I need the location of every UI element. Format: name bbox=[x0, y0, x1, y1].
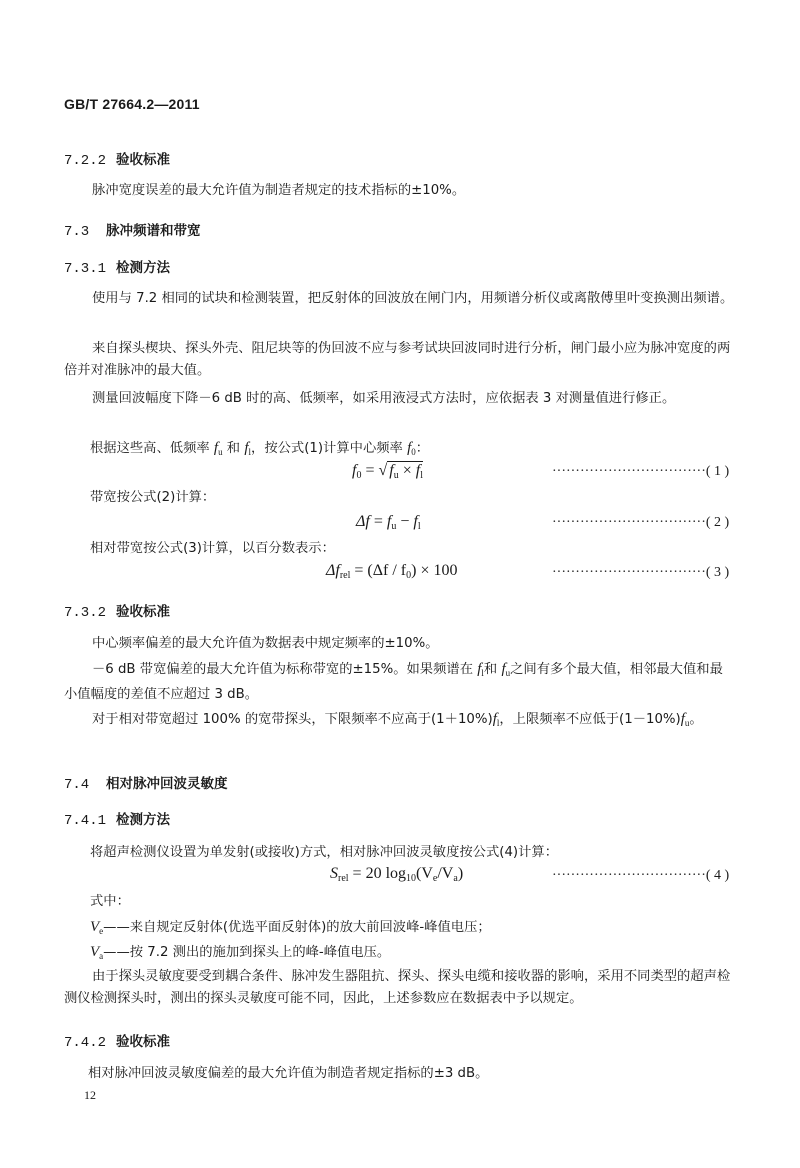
paragraph-center-frequency-tolerance: 中心频率偏差的最大允许值为数据表中规定频率的±10%。 bbox=[64, 633, 734, 655]
heading-7-3-2: 7.3.2验收标准 bbox=[64, 600, 170, 621]
document-page: GB/T 27664.2—2011 7.2.2验收标准 脉冲宽度误差的最大允许值… bbox=[0, 0, 800, 1168]
heading-7-2-2: 7.2.2验收标准 bbox=[64, 148, 170, 169]
paragraph-relative-bandwidth-intro: 相对带宽按公式(3)计算，以百分数表示： bbox=[90, 538, 760, 560]
formula-4-leader: ·································( 4 ) bbox=[552, 868, 729, 884]
paragraph-center-frequency-intro: 根据这些高、低频率 fu 和 fl，按公式(1)计算中心频率 f0： bbox=[90, 437, 760, 463]
paragraph-pulse-width-criteria: 脉冲宽度误差的最大允许值为制造者规定的技术指标的±10%。 bbox=[64, 180, 734, 202]
paragraph-minus-6db: 测量回波幅度下降－6 dB 时的高、低频率，如采用液浸式方法时，应依据表 3 对… bbox=[64, 388, 734, 410]
heading-7-4-1: 7.4.1检测方法 bbox=[64, 808, 170, 829]
formula-1-leader: ·································( 1 ) bbox=[552, 464, 729, 480]
definition-ve: Ve——来自规定反射体(优选平面反射体)的放大前回波峰-峰值电压； bbox=[90, 916, 760, 942]
formula-2-bandwidth: Δf = fu − fl bbox=[356, 513, 421, 532]
where-label: 式中： bbox=[90, 891, 760, 913]
paragraph-sensitivity-method: 将超声检测仪设置为单发射(或接收)方式，相对脉冲回波灵敏度按公式(4)计算： bbox=[90, 842, 760, 864]
formula-3-leader: ·································( 3 ) bbox=[552, 565, 729, 581]
formula-2-leader: ·································( 2 ) bbox=[552, 515, 729, 531]
standard-code: GB/T 27664.2—2011 bbox=[64, 96, 200, 112]
heading-7-4: 7.4相对脉冲回波灵敏度 bbox=[64, 772, 228, 793]
heading-7-3-1: 7.3.1检测方法 bbox=[64, 256, 170, 277]
page-number: 12 bbox=[84, 1088, 96, 1103]
paragraph-sensitivity-tolerance: 相对脉冲回波灵敏度偏差的最大允许值为制造者规定指标的±3 dB。 bbox=[88, 1063, 758, 1085]
heading-7-3: 7.3脉冲频谱和带宽 bbox=[64, 219, 201, 240]
paragraph-spurious-echo: 来自探头楔块、探头外壳、阻尼块等的伪回波不应与参考试块回波同时进行分析，闸门最小… bbox=[64, 338, 734, 382]
paragraph-broadband-probe: 对于相对带宽超过 100% 的宽带探头，下限频率不应高于(1＋10%)fl，上限… bbox=[64, 708, 734, 734]
formula-1-center-frequency: f0 = √fu × fl bbox=[352, 462, 423, 481]
definition-va: Va——按 7.2 测出的施加到探头上的峰-峰值电压。 bbox=[90, 941, 760, 967]
paragraph-sensitivity-factors: 由于探头灵敏度要受到耦合条件、脉冲发生器阻抗、探头、探头电缆和接收器的影响，采用… bbox=[64, 966, 734, 1010]
formula-4-relative-sensitivity: Srel = 20 log10(Ve/Va) bbox=[330, 865, 463, 884]
formula-3-relative-bandwidth: Δfrel = (Δf / f0) × 100 bbox=[326, 562, 458, 581]
paragraph-spectrum-method: 使用与 7.2 相同的试块和检测装置，把反射体的回波放在闸门内，用频谱分析仪或离… bbox=[64, 288, 734, 310]
heading-7-4-2: 7.4.2验收标准 bbox=[64, 1030, 170, 1051]
paragraph-bandwidth-intro: 带宽按公式(2)计算： bbox=[90, 487, 760, 509]
paragraph-bandwidth-tolerance: －6 dB 带宽偏差的最大允许值为标称带宽的±15%。如果频谱在 fl和 fu之… bbox=[64, 658, 734, 706]
